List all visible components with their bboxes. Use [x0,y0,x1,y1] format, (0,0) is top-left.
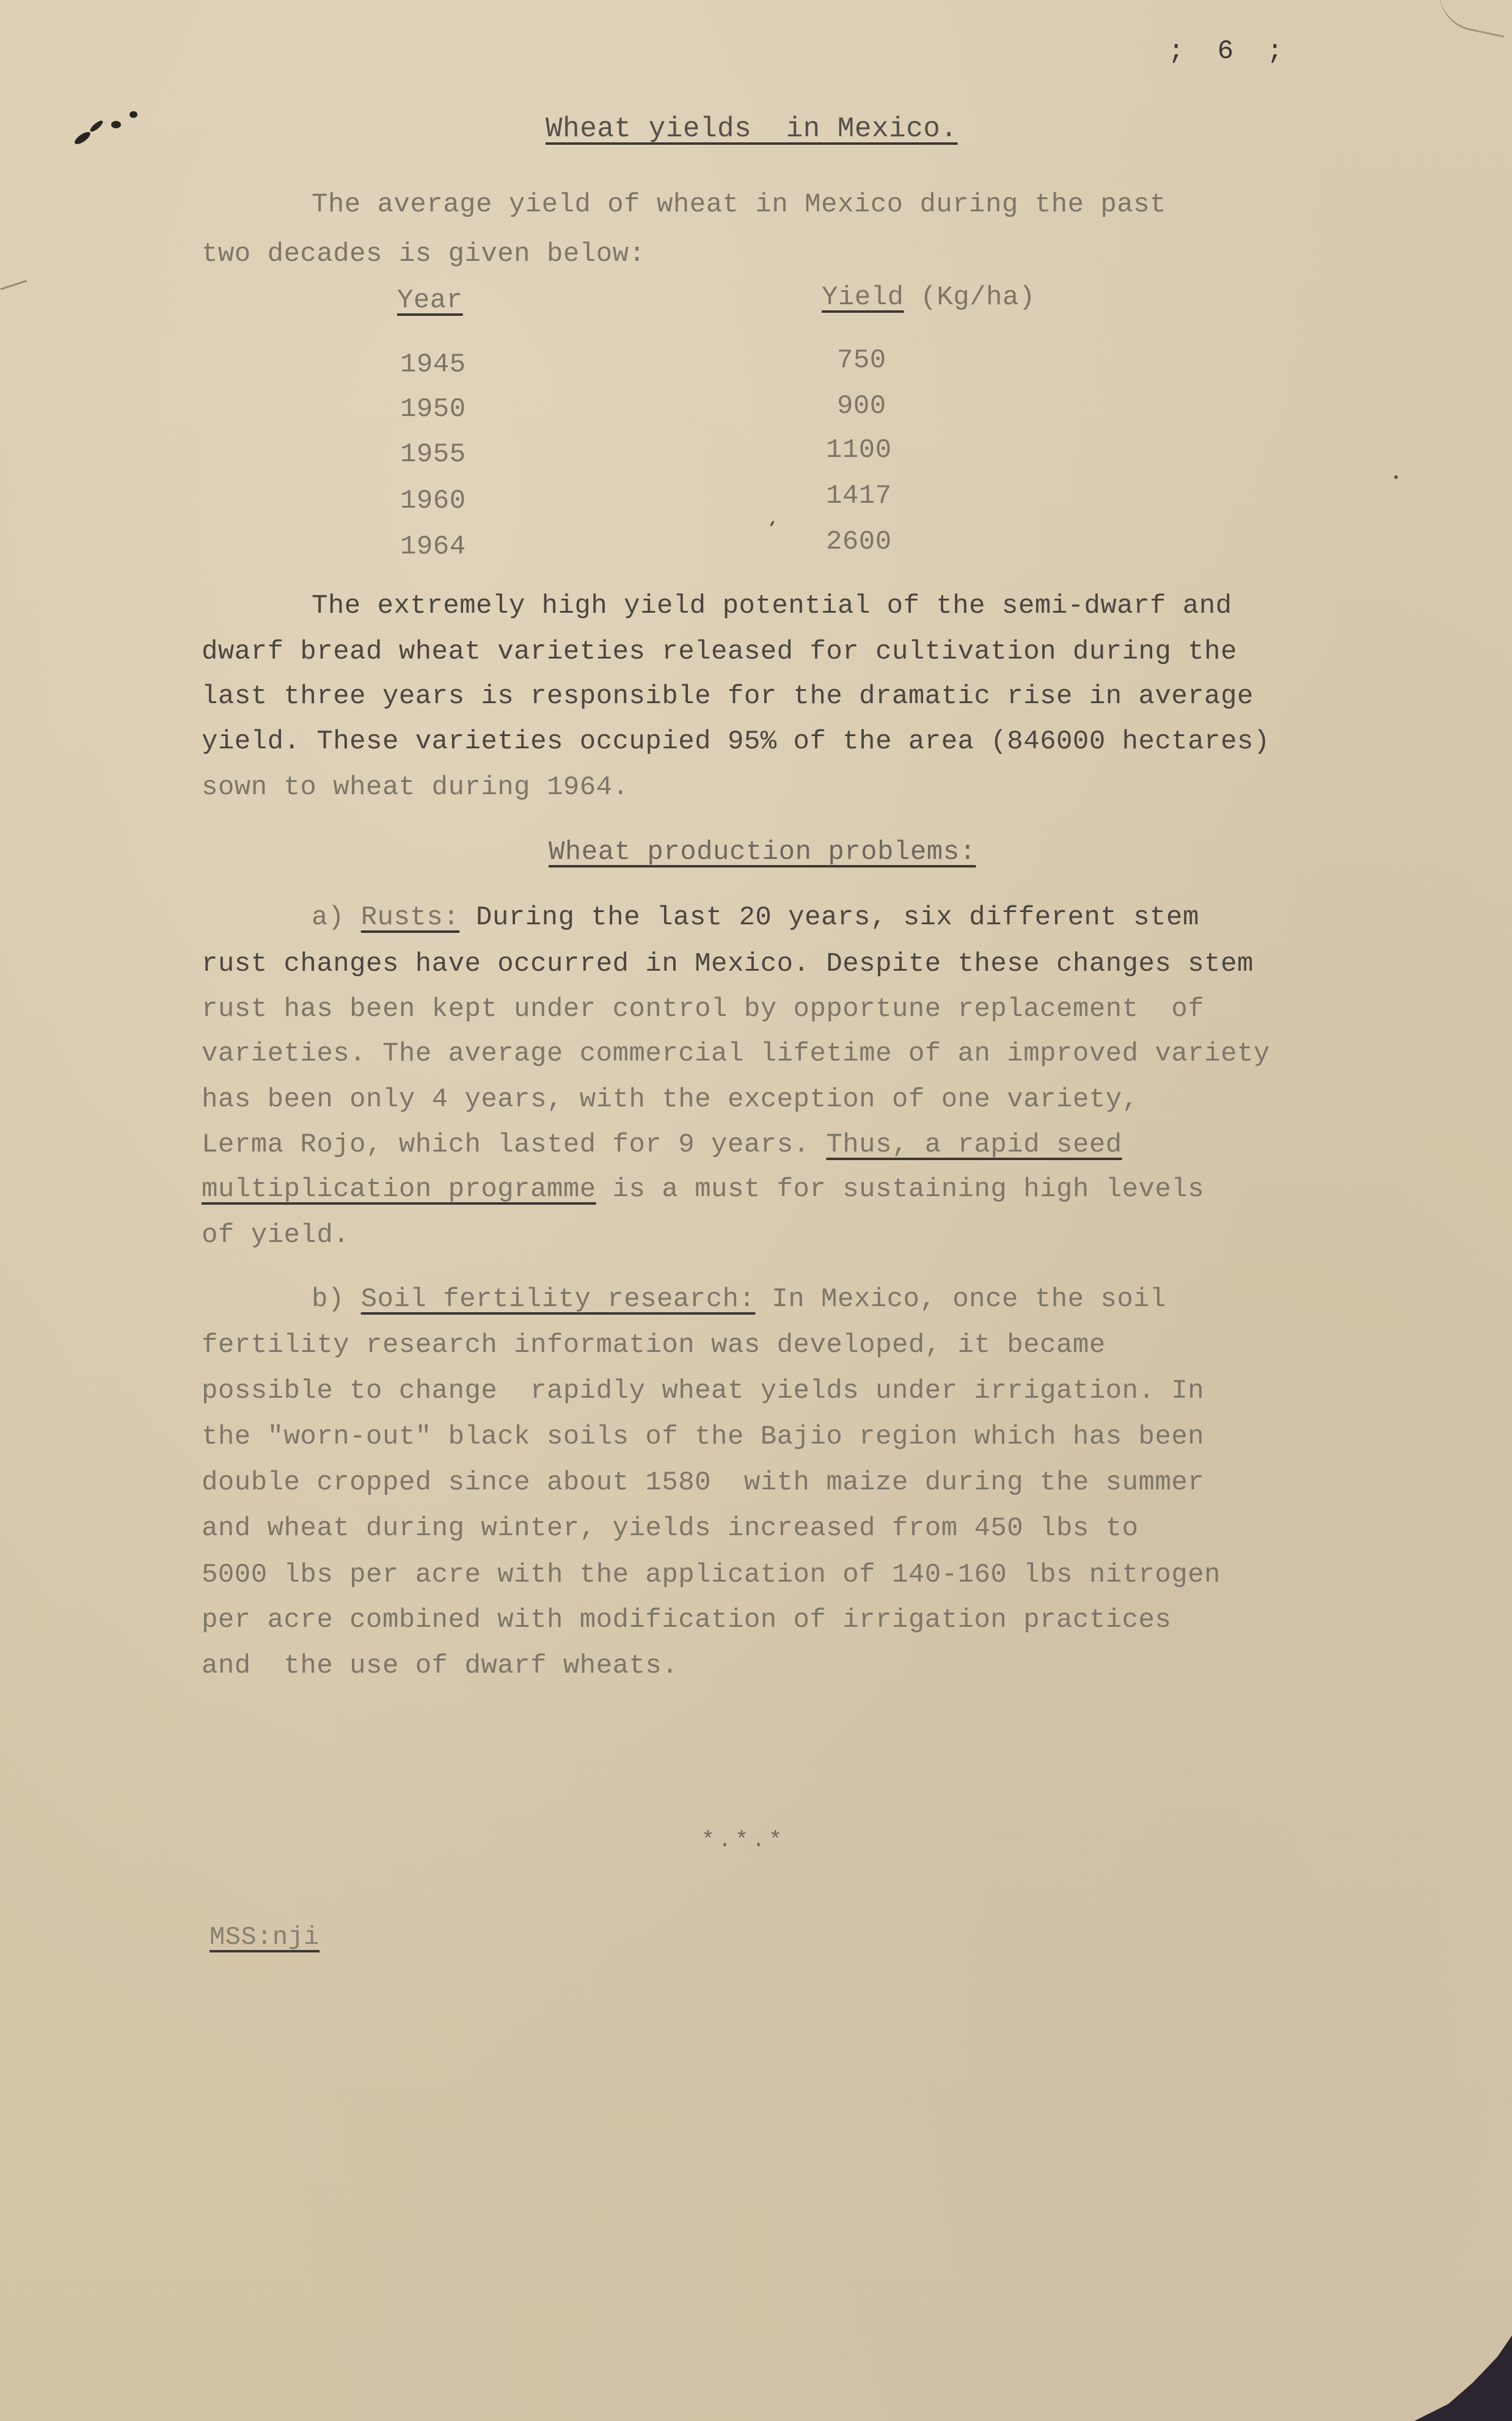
section-b-line: double cropped since about 1580 with mai… [202,1469,1204,1496]
table-header-yield: Yield (Kg/ha) [822,284,1035,311]
section-a-label: a) [312,902,361,933]
section-b-line: and wheat during winter, yields increase… [202,1515,1139,1542]
section-a-line: rust changes have occurred in Mexico. De… [202,951,1254,977]
speck [1394,475,1398,479]
table-cell-year: 1945 [400,351,466,378]
table-header-year: Year [397,287,463,314]
paragraph-2-line: dwarf bread wheat varieties released for… [202,638,1237,665]
section-a-line-7: multiplication programme is a must for s… [202,1176,1204,1203]
section-a-line: varieties. The average commercial lifeti… [202,1040,1270,1067]
paragraph-2-line: sown to wheat during 1964. [202,774,629,801]
paragraph-2-line: last three years is responsible for the … [202,683,1254,710]
page-number: ; 6 ; [1168,38,1291,65]
table-cell-yield: 900 [837,393,886,420]
section-b-label: b) [312,1284,361,1315]
header-year-label: Year [397,285,463,316]
intro-line-2: two decades is given below: [202,241,645,268]
table-cell-yield: 2600 [826,528,892,555]
section-a-text: is a must for sustaining high levels [596,1174,1204,1205]
table-cell-yield: 1417 [826,483,892,509]
header-yield-unit: (Kg/ha) [904,282,1035,313]
table-cell-yield: 1100 [826,437,892,464]
paper-background [0,0,1512,2421]
separator-stars: *.*.* [701,1830,786,1852]
section-a-emphasis: multiplication programme [202,1174,596,1205]
table-cell-yield: 750 [837,347,886,374]
table-cell-year: 1955 [400,441,466,468]
section-b-line: possible to change rapidly wheat yields … [202,1378,1204,1404]
section-heading-problems: Wheat production problems: [549,839,976,866]
section-b-text: In Mexico, once the soil [755,1284,1166,1315]
table-cell-year: 1950 [400,396,466,423]
intro-line-1: The average yield of wheat in Mexico dur… [312,191,1166,218]
paragraph-2-line: yield. These varieties occupied 95% of t… [202,728,1270,755]
paragraph-2-line: The extremely high yield potential of th… [312,593,1232,619]
section-a-text: Lerma Rojo, which lasted for 9 years. [202,1130,826,1160]
table-cell-year: 1960 [400,487,466,514]
section-b-title: Soil fertility research: [361,1284,756,1315]
section-a-emphasis: Thus, a rapid seed [826,1130,1122,1160]
section-a-title: Rusts: [361,902,459,933]
typist-initials: MSS:nji [210,1924,320,1950]
section-b-line-1: b) Soil fertility research: In Mexico, o… [312,1286,1166,1313]
section-a-line-6: Lerma Rojo, which lasted for 9 years. Th… [202,1131,1122,1158]
page-title: Wheat yields in Mexico. [546,115,958,143]
table-cell-year: 1964 [400,533,466,560]
section-b-line: per acre combined with modification of i… [202,1607,1171,1634]
section-b-line: 5000 lbs per acre with the application o… [202,1561,1221,1588]
section-b-line: the "worn-out" black soils of the Bajio … [202,1423,1204,1450]
section-a-text: During the last 20 years, six different … [459,902,1199,933]
section-a-line-8: of yield. [202,1222,349,1249]
section-a-line-1: a) Rusts: During the last 20 years, six … [312,904,1199,931]
section-b-line: fertility research information was devel… [202,1332,1106,1359]
section-b-line: and the use of dwarf wheats. [202,1652,678,1679]
section-a-line: has been only 4 years, with the exceptio… [202,1086,1139,1113]
header-yield-label: Yield [822,282,904,313]
section-a-line: rust has been kept under control by oppo… [202,996,1204,1023]
ink-marks-icon [73,98,153,159]
